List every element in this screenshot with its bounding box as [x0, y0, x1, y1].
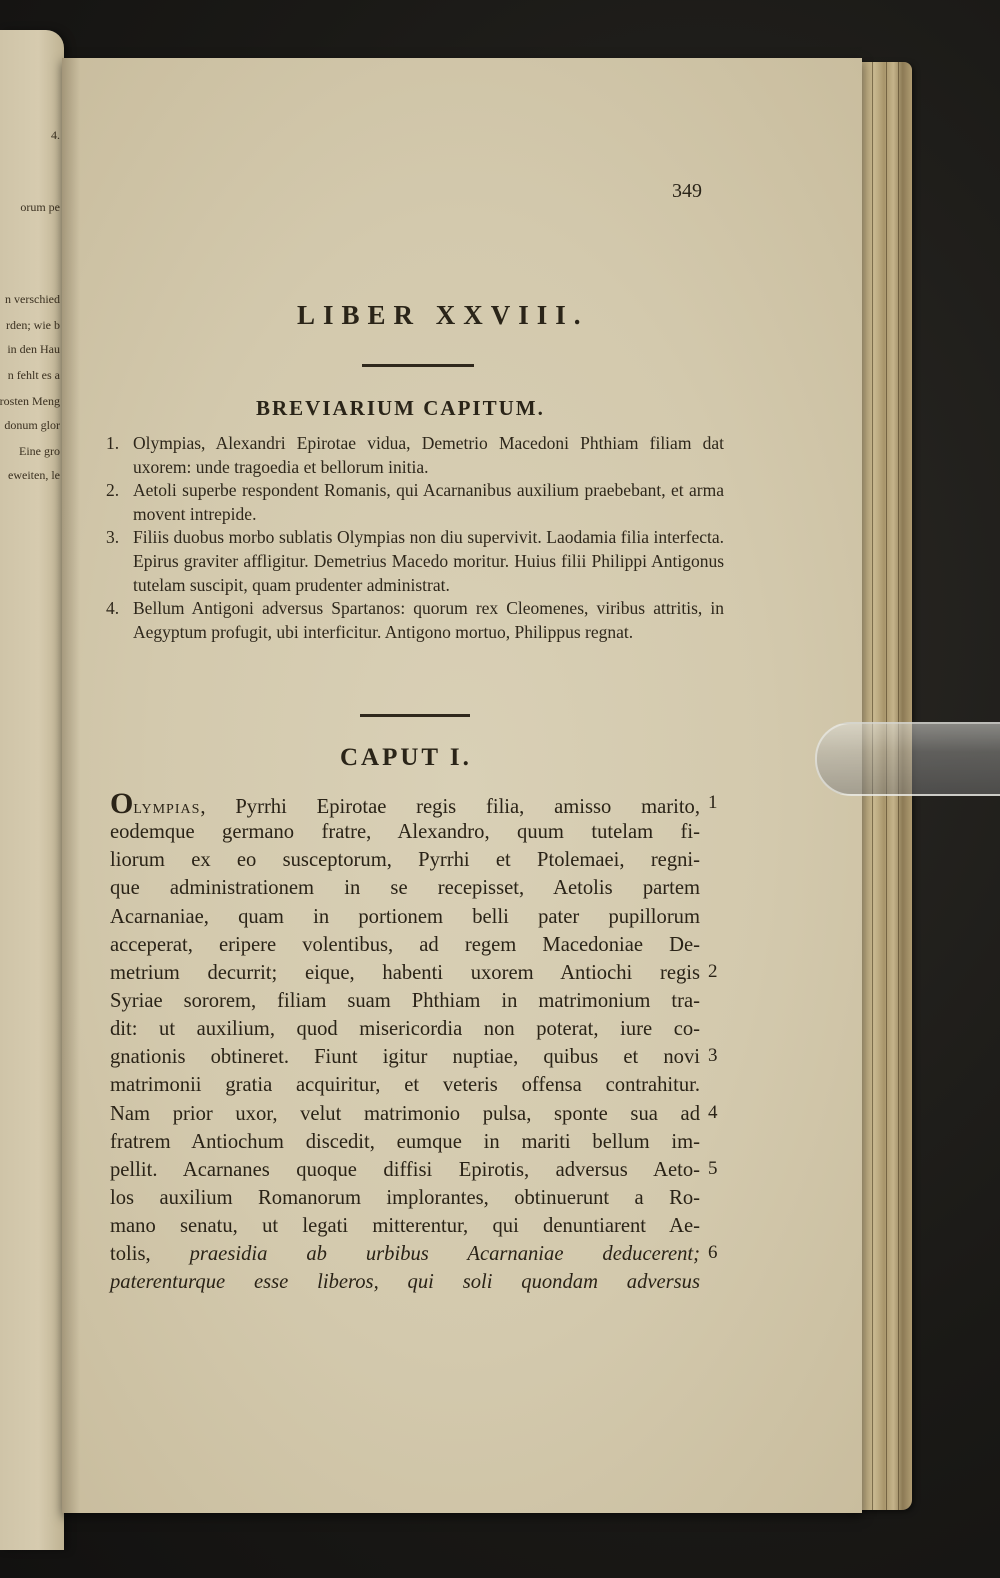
body-line: tolis, praesidia ab urbibus Acarnaniae d… — [110, 1240, 700, 1268]
paper-knife-bookmark — [815, 722, 1000, 796]
body-line: que administrationem in se recepisset, A… — [110, 874, 700, 902]
page-number: 349 — [672, 180, 702, 203]
summary-item-number: 2. — [106, 479, 119, 503]
body-line-roman: tolis, — [110, 1243, 190, 1265]
facing-page-text-fragment: Eine gro — [19, 444, 60, 459]
summary-item-number: 4. — [106, 597, 119, 621]
section-number: 1 — [708, 792, 718, 814]
breviarium-heading: BREVIARIUM CAPITUM. — [256, 396, 545, 421]
body-line: pellit. Acarnanes quoque diffisi Epiroti… — [110, 1156, 700, 1184]
title-divider — [362, 364, 474, 367]
facing-page-edge: 4.orum pen verschiedrden; wie bin den Ha… — [0, 30, 64, 1550]
facing-page-text-fragment: donum glor — [4, 418, 60, 433]
facing-page-text-fragment: 4. — [51, 128, 60, 143]
body-line: metrium decurrit; eique, habenti uxorem … — [110, 959, 700, 987]
body-line: dit: ut auxilium, quod misericordia non … — [110, 1015, 700, 1043]
body-line: matrimonii gratia acquiritur, et veteris… — [110, 1071, 700, 1099]
body-line: Syriae sororem, filiam suam Phthiam in m… — [110, 987, 700, 1015]
body-line: Acarnaniae, quam in portionem belli pate… — [110, 903, 700, 931]
facing-page-text-fragment: orum pe — [20, 200, 60, 215]
section-number: 3 — [708, 1045, 718, 1067]
facing-page-text-fragment: rden; wie b — [6, 318, 60, 333]
facing-page-text-fragment: rosten Meng — [0, 394, 60, 409]
facing-page-text-fragment: eweiten, le — [8, 468, 60, 483]
section-number: 4 — [708, 1102, 718, 1124]
body-line: paterenturque esse liberos, qui soli quo… — [110, 1268, 700, 1296]
facing-page-text-fragment: n fehlt es a — [8, 368, 60, 383]
drop-cap: O — [110, 787, 133, 820]
body-line-italic: praesidia ab urbibus Acarnaniae deducere… — [190, 1243, 700, 1265]
chapter-body-text: Olympias, Pyrrhi Epirotae regis filia, a… — [110, 790, 700, 1297]
body-line: Nam prior uxor, velut matrimonio pulsa, … — [110, 1100, 700, 1128]
summary-item-text: Olympias, Alexandri Epirotae vidua, Deme… — [133, 433, 724, 477]
summary-item: 2. Aetoli superbe respondent Romanis, qu… — [106, 479, 724, 526]
chapter-heading: CAPUT I. — [340, 744, 472, 772]
facing-page-text-fragment: in den Hau — [7, 342, 60, 357]
body-line: mano senatu, ut legati mitterentur, qui … — [110, 1212, 700, 1240]
smallcaps-opening: lympias — [133, 796, 200, 818]
summary-item: 3. Filiis duobus morbo sublatis Olympias… — [106, 526, 724, 597]
summary-item-text: Bellum Antigoni adversus Spartanos: quor… — [133, 598, 724, 642]
body-line: los auxilium Romanorum implorantes, obti… — [110, 1184, 700, 1212]
summary-item-text: Filiis duobus morbo sublatis Olympias no… — [133, 527, 724, 594]
summary-item-number: 3. — [106, 526, 119, 550]
facing-page-text-fragment: n verschied — [5, 292, 60, 307]
body-line: gnationis obtineret. Fiunt igitur nuptia… — [110, 1043, 700, 1071]
body-line-italic: paterenturque esse liberos, qui soli quo… — [110, 1271, 700, 1293]
summary-item-number: 1. — [106, 432, 119, 456]
body-line: liorum ex eo susceptorum, Pyrrhi et Ptol… — [110, 846, 700, 874]
book-title: LIBER XXVIII. — [297, 300, 589, 331]
body-line: eodemque germano fratre, Alexandro, quum… — [110, 818, 700, 846]
body-line: Olympias, Pyrrhi Epirotae regis filia, a… — [110, 790, 700, 818]
section-number: 5 — [708, 1158, 718, 1180]
chapter-summary-list: 1. Olympias, Alexandri Epirotae vidua, D… — [106, 432, 724, 644]
body-line-text: , Pyrrhi Epirotae regis filia, amisso ma… — [200, 796, 700, 818]
section-number: 2 — [708, 961, 718, 983]
section-number: 6 — [708, 1242, 718, 1264]
summary-item: 4. Bellum Antigoni adversus Spartanos: q… — [106, 597, 724, 644]
summary-item-text: Aetoli superbe respondent Romanis, qui A… — [133, 480, 724, 524]
body-line: acceperat, eripere volentibus, ad regem … — [110, 931, 700, 959]
summary-item: 1. Olympias, Alexandri Epirotae vidua, D… — [106, 432, 724, 479]
chapter-divider — [360, 714, 470, 717]
body-line: fratrem Antiochum discedit, eumque in ma… — [110, 1128, 700, 1156]
